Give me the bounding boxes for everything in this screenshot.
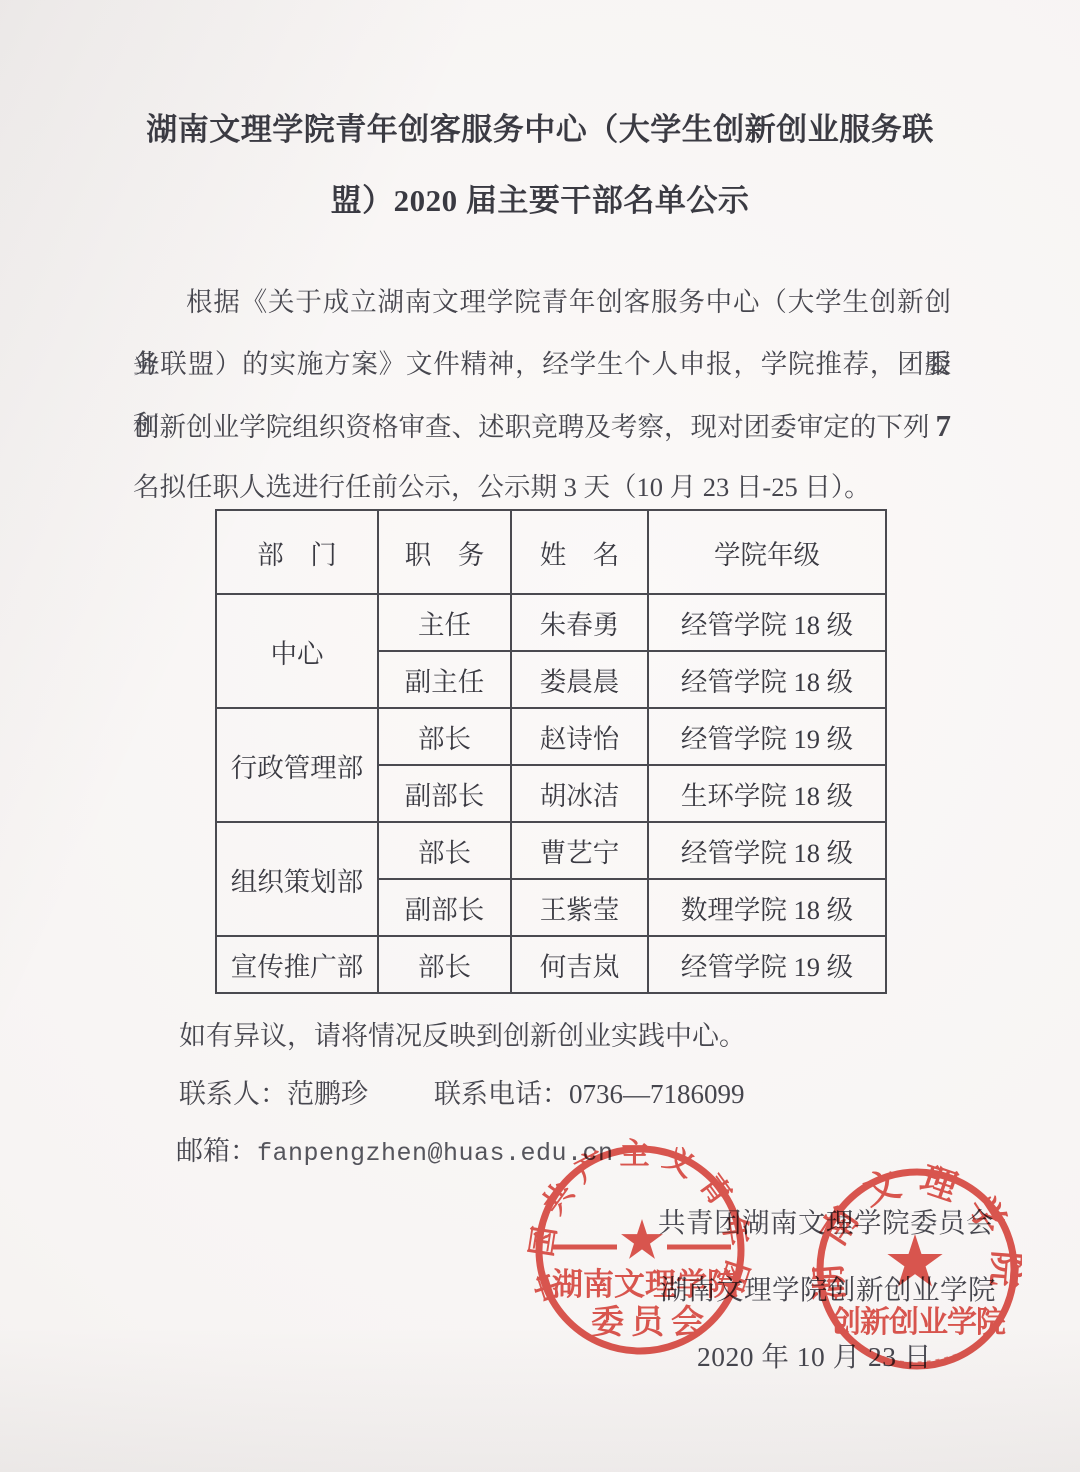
innovation-college-stamp: 湖南文理学院 创新创业学院 xyxy=(812,1164,1022,1374)
col-header-position: 职 务 xyxy=(378,510,511,594)
stamp-arc-text: 湖南文理学院 xyxy=(812,1164,1022,1302)
email-label: 邮箱： xyxy=(176,1136,257,1166)
college-cell: 数理学院 18 级 xyxy=(648,879,886,936)
name-cell: 赵诗怡 xyxy=(511,708,648,765)
dept-cell: 组织策划部 xyxy=(216,822,378,936)
position-cell: 副主任 xyxy=(378,651,511,708)
table-header-row: 部 门 职 务 姓 名 学院年级 xyxy=(216,510,886,594)
document-title: 湖南文理学院青年创客服务中心（大学生创新创业服务联 盟）2020 届主要干部名单… xyxy=(0,94,1080,236)
scanned-document-page: 湖南文理学院青年创客服务中心（大学生创新创业服务联 盟）2020 届主要干部名单… xyxy=(0,0,1080,1472)
college-cell: 经管学院 19 级 xyxy=(648,708,886,765)
body-line-2: 务联盟）的实施方案》文件精神，经学生个人申报，学院推荐，团委和 xyxy=(133,334,951,396)
star-icon xyxy=(887,1234,942,1286)
dept-cell: 宣传推广部 xyxy=(216,936,378,993)
title-line-2: 盟）2020 届主要干部名单公示 xyxy=(0,165,1080,236)
name-cell: 何吉岚 xyxy=(511,936,648,993)
cadre-roster-table: 部 门 职 务 姓 名 学院年级 中心 主任 朱春勇 经管学院 18 级 副主任… xyxy=(215,509,887,994)
title-line-1: 湖南文理学院青年创客服务中心（大学生创新创业服务联 xyxy=(0,94,1080,165)
college-cell: 生环学院 18 级 xyxy=(648,765,886,822)
phone-label: 联系电话： xyxy=(434,1079,569,1109)
table-row: 中心 主任 朱春勇 经管学院 18 级 xyxy=(216,594,886,651)
college-cell: 经管学院 18 级 xyxy=(648,822,886,879)
college-cell: 经管学院 18 级 xyxy=(648,651,886,708)
body-line-3: 创新创业学院组织资格审查、述职竞聘及考察，现对团委审定的下列7 xyxy=(133,395,951,457)
table-row: 组织策划部 部长 曹艺宁 经管学院 18 级 xyxy=(216,822,886,879)
youth-league-committee-stamp: 中国共产主义青年团 湖南文理学院 委员会 xyxy=(527,1137,753,1363)
contact-line: 联系人：范鹏珍联系电话：0736—7186099 xyxy=(179,1072,745,1111)
position-cell: 副部长 xyxy=(378,879,511,936)
phone-number: 0736—7186099 xyxy=(569,1079,745,1109)
position-cell: 副部长 xyxy=(378,765,511,822)
body-line-1: 根据《关于成立湖南文理学院青年创客服务中心（大学生创新创业服 xyxy=(133,272,951,334)
dept-cell: 行政管理部 xyxy=(216,708,378,822)
stamp-org-name: 湖南文理学院 xyxy=(552,1267,738,1302)
stamp-org-name: 创新创业学院 xyxy=(830,1306,1006,1339)
candidate-count: 7 xyxy=(936,408,952,443)
dept-cell: 中心 xyxy=(216,594,378,708)
body-paragraph: 根据《关于成立湖南文理学院青年创客服务中心（大学生创新创业服 务联盟）的实施方案… xyxy=(133,272,951,518)
position-cell: 主任 xyxy=(378,594,511,651)
college-cell: 经管学院 19 级 xyxy=(648,936,886,993)
name-cell: 王紫莹 xyxy=(511,879,648,936)
col-header-college: 学院年级 xyxy=(648,510,886,594)
contact-label: 联系人： xyxy=(179,1079,287,1109)
name-cell: 胡冰洁 xyxy=(511,765,648,822)
col-header-department: 部 门 xyxy=(216,510,378,594)
col-header-name: 姓 名 xyxy=(511,510,648,594)
position-cell: 部长 xyxy=(378,822,511,879)
position-cell: 部长 xyxy=(378,936,511,993)
table-row: 宣传推广部 部长 何吉岚 经管学院 19 级 xyxy=(216,936,886,993)
name-cell: 曹艺宁 xyxy=(511,822,648,879)
college-cell: 经管学院 18 级 xyxy=(648,594,886,651)
objection-note: 如有异议，请将情况反映到创新创业实践中心。 xyxy=(179,1014,746,1053)
stamp-org-suffix: 委员会 xyxy=(591,1304,711,1341)
name-cell: 朱春勇 xyxy=(511,594,648,651)
name-cell: 娄晨晨 xyxy=(511,651,648,708)
star-icon xyxy=(621,1219,663,1259)
contact-name: 范鹏珍 xyxy=(287,1079,368,1109)
table-row: 行政管理部 部长 赵诗怡 经管学院 19 级 xyxy=(216,708,886,765)
position-cell: 部长 xyxy=(378,708,511,765)
